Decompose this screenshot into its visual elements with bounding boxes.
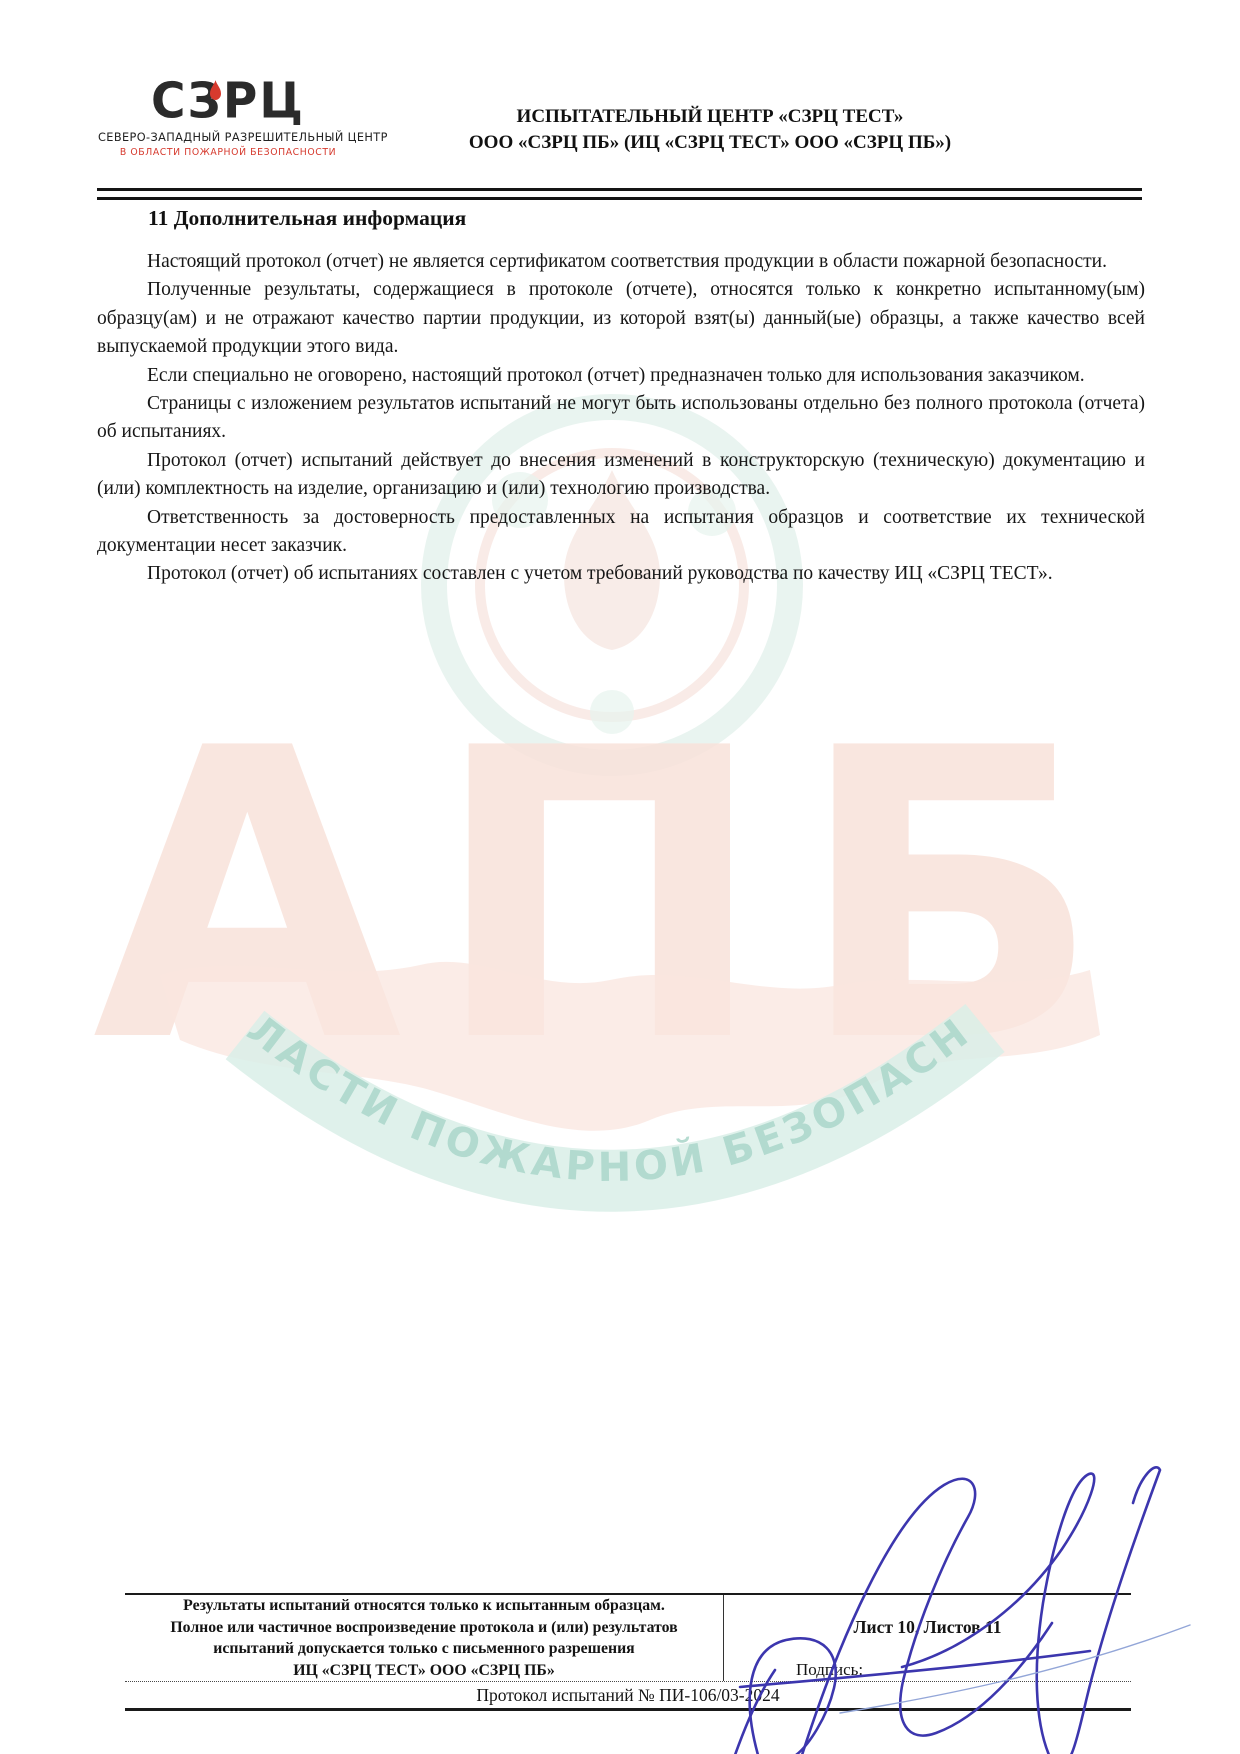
header-line1: ИСПЫТАТЕЛЬНЫЙ ЦЕНТР «СЗРЦ ТЕСТ» — [420, 104, 1000, 130]
watermark-speckle — [590, 690, 634, 734]
footer-disclaimer-line: ИЦ «СЗРЦ ТЕСТ» ООО «СЗРЦ ПБ» — [133, 1660, 715, 1682]
logo-subtitle: СЕВЕРО-ЗАПАДНЫЙ РАЗРЕШИТЕЛЬНЫЙ ЦЕНТР — [98, 131, 358, 144]
footer-row-main: Результаты испытаний относятся только к … — [125, 1595, 1131, 1682]
footer-table: Результаты испытаний относятся только к … — [125, 1593, 1131, 1711]
footer-disclaimer-line: Полное или частичное воспроизведение про… — [133, 1617, 715, 1639]
watermark-arc-ribbon — [245, 1028, 985, 1181]
flame-icon — [208, 80, 223, 103]
footer-disclaimer-line: Результаты испытаний относятся только к … — [133, 1595, 715, 1617]
footer-disclaimer-line: испытаний допускается только с письменно… — [133, 1638, 715, 1660]
section-heading: 11 Дополнительная информация — [148, 206, 466, 231]
header-divider-rule — [97, 188, 1142, 200]
header-title-block: ИСПЫТАТЕЛЬНЫЙ ЦЕНТР «СЗРЦ ТЕСТ» ООО «СЗР… — [420, 104, 1000, 156]
signature-label: Подпись: — [796, 1660, 863, 1680]
watermark-map-blob — [160, 962, 1100, 1131]
paragraph: Если специально не оговорено, настоящий … — [97, 362, 1145, 390]
company-logo: СЗРЦ СЕВЕРО-ЗАПАДНЫЙ РАЗРЕШИТЕЛЬНЫЙ ЦЕНТ… — [98, 78, 358, 158]
footer-row-protocol: Протокол испытаний № ПИ-106/03-2024 — [125, 1682, 1131, 1708]
logo-subtitle-red: В ОБЛАСТИ ПОЖАРНОЙ БЕЗОПАСНОСТИ — [98, 147, 358, 158]
paragraph: Протокол (отчет) об испытаниях составлен… — [97, 560, 1145, 588]
paragraph: Настоящий протокол (отчет) не является с… — [97, 248, 1145, 276]
logo-brand-text: СЗРЦ — [151, 77, 305, 126]
protocol-number: Протокол испытаний № ПИ-106/03-2024 — [476, 1685, 779, 1706]
paragraph: Ответственность за достоверность предост… — [97, 504, 1145, 561]
section-body: Настоящий протокол (отчет) не является с… — [97, 248, 1145, 589]
header-line2: ООО «СЗРЦ ПБ» (ИЦ «СЗРЦ ТЕСТ» ООО «СЗРЦ … — [420, 130, 1000, 156]
paragraph: Протокол (отчет) испытаний действует до … — [97, 447, 1145, 504]
paragraph: Полученные результаты, содержащиеся в пр… — [97, 276, 1145, 361]
sheet-counter: Лист 10, Листов 11 — [724, 1617, 1131, 1638]
document-page: АПБ В ОБЛАСТИ ПОЖАРНОЙ БЕЗОПАСНОСТИ СЗРЦ… — [0, 0, 1240, 1754]
footer-signature-cell: Лист 10, Листов 11 Подпись: — [724, 1595, 1131, 1681]
watermark-arc-text: В ОБЛАСТИ ПОЖАРНОЙ БЕЗОПАСНОСТИ — [0, 0, 980, 1191]
footer-disclaimer: Результаты испытаний относятся только к … — [125, 1595, 724, 1681]
watermark-letters: АПБ — [92, 665, 1131, 1130]
logo-brand-letters: СЗРЦ — [151, 73, 305, 130]
paragraph: Страницы с изложением результатов испыта… — [97, 390, 1145, 447]
